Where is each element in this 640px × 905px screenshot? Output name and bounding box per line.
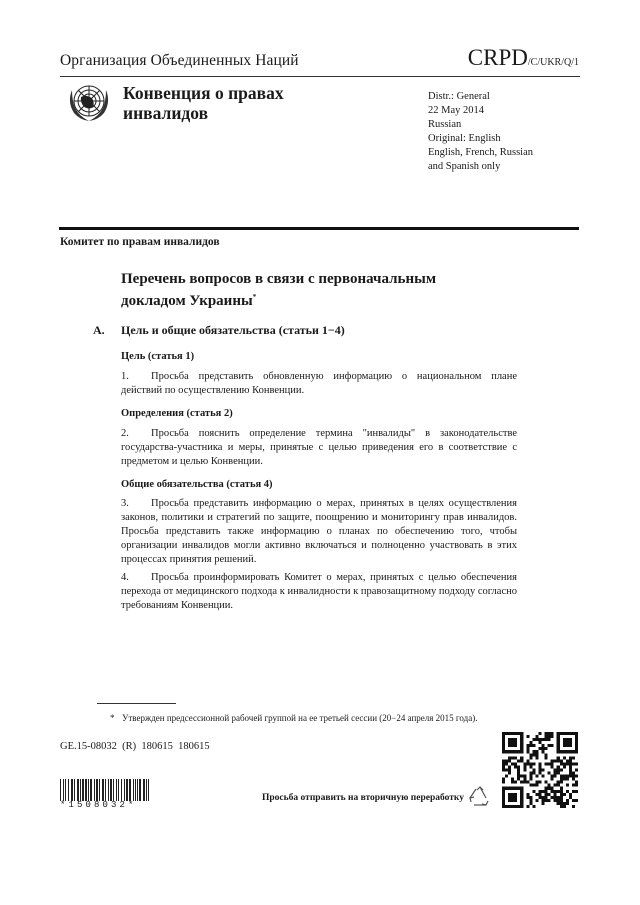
convention-title-line1: Конвенция о правах: [123, 83, 284, 103]
footnote-marker: *: [110, 712, 122, 724]
paragraph: 4.Просьба проинформировать Комитет о мер…: [121, 571, 517, 613]
subsection-heading: Цель (статья 1): [121, 351, 194, 362]
footnote-text: Утвержден предсессионной рабочей группой…: [122, 712, 518, 724]
subsection-heading: Общие обязательства (статья 4): [121, 479, 273, 490]
paragraph-text: Просьба представить информацию о мерах, …: [121, 498, 517, 565]
distr-original: Original: English: [428, 132, 533, 146]
symbol-main: CRPD: [468, 45, 528, 70]
paragraph-number: 4.: [121, 571, 151, 585]
paragraph-number: 2.: [121, 427, 151, 441]
symbol-suffix: /C/UKR/Q/1: [528, 57, 579, 68]
barcode-icon: [60, 779, 150, 801]
paragraph-number: 1.: [121, 370, 151, 384]
convention-title: Конвенция о правах инвалидов: [123, 83, 284, 123]
committee-name: Комитет по правам инвалидов: [60, 236, 220, 248]
document-job-number: GE.15-08032 (R) 180615 180615: [60, 741, 210, 752]
recycle-icon: [468, 786, 492, 808]
distr-languages: English, French, Russian: [428, 146, 533, 160]
document-title-line1: Перечень вопросов в связи с первоначальн…: [121, 270, 436, 288]
distr-date: 22 May 2014: [428, 104, 533, 118]
section-title: Цель и общие обязательства (статьи 1−4): [121, 323, 345, 338]
recycle-note: Просьба отправить на вторичную переработ…: [262, 793, 464, 803]
footnote-ref[interactable]: *: [253, 293, 257, 301]
convention-title-line2: инвалидов: [123, 103, 284, 123]
header-rule: [60, 76, 580, 77]
paragraph: 2.Просьба пояснить определение термина "…: [121, 427, 517, 469]
document-title-line2: докладом Украины: [121, 293, 253, 309]
distr-language: Russian: [428, 118, 533, 132]
paragraph-text: Просьба представить обновленную информац…: [121, 371, 517, 396]
subsection-heading: Определения (статья 2): [121, 408, 233, 419]
paragraph: 1.Просьба представить обновленную информ…: [121, 370, 517, 398]
qr-code-icon[interactable]: [502, 731, 578, 809]
document-title: Перечень вопросов в связи с первоначальн…: [121, 270, 436, 310]
footnote: *Утвержден предсессионной рабочей группо…: [110, 712, 518, 724]
distr-languages-cont: and Spanish only: [428, 160, 533, 174]
footnote-rule: [97, 703, 176, 704]
organization-name: Организация Объединенных Наций: [60, 52, 299, 70]
section-rule: [59, 227, 579, 230]
distribution-block: Distr.: General 22 May 2014 Russian Orig…: [428, 90, 533, 174]
barcode-text: *1508032*: [60, 800, 137, 810]
distr-line: Distr.: General: [428, 90, 533, 104]
paragraph-number: 3.: [121, 497, 151, 511]
document-symbol: CRPD/C/UKR/Q/1: [468, 45, 579, 71]
paragraph-text: Просьба пояснить определение термина "ин…: [121, 428, 517, 467]
paragraph: 3.Просьба представить информацию о мерах…: [121, 497, 517, 567]
paragraph-text: Просьба проинформировать Комитет о мерах…: [121, 572, 517, 611]
section-letter: A.: [93, 323, 105, 338]
un-emblem-icon: [64, 80, 114, 126]
